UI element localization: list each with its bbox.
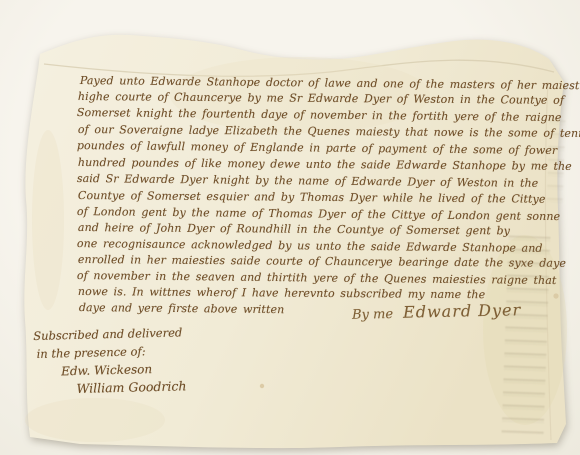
manuscript-text-layer: Payed unto Edwarde Stanhope doctor of la… (0, 0, 580, 455)
witness-statement-line: Subscribed and delivered (33, 323, 185, 345)
witness-block: Subscribed and delivered in the presence… (33, 323, 187, 399)
signature-prefix: By me (352, 307, 393, 323)
body-line: highe courte of Chauncerye by me Sr Edwa… (78, 90, 564, 108)
body-line: enrolled in her maiesties saide courte o… (78, 253, 566, 271)
body-line: Somerset knight the fourtenth daye of no… (77, 106, 562, 125)
signature-block: By meEdward Dyer (352, 300, 522, 323)
body-line: daye and yere firste above written (79, 301, 285, 317)
signature-name: Edward Dyer (403, 300, 521, 321)
body-line: and heire of John Dyer of Roundhill in t… (78, 221, 510, 238)
body-line: hundred poundes of like money dewe unto … (78, 156, 572, 174)
verso-ink-showthrough (546, 120, 565, 211)
body-line: poundes of lawfull money of Englande in … (77, 139, 557, 158)
body-line: Countye of Somerset esquier and by Thoma… (78, 189, 546, 207)
manuscript-photo: Payed unto Edwarde Stanhope doctor of la… (0, 0, 580, 455)
body-line: said Sr Edwarde Dyer knight by the name … (77, 172, 539, 191)
body-line: of our Soveraigne ladye Elizabeth the Qu… (78, 123, 580, 141)
witness-signature: William Goodrich (76, 377, 186, 398)
verso-ink-showthrough (502, 235, 551, 434)
body-line: nowe is. In wittnes wherof I have herevn… (78, 285, 485, 302)
